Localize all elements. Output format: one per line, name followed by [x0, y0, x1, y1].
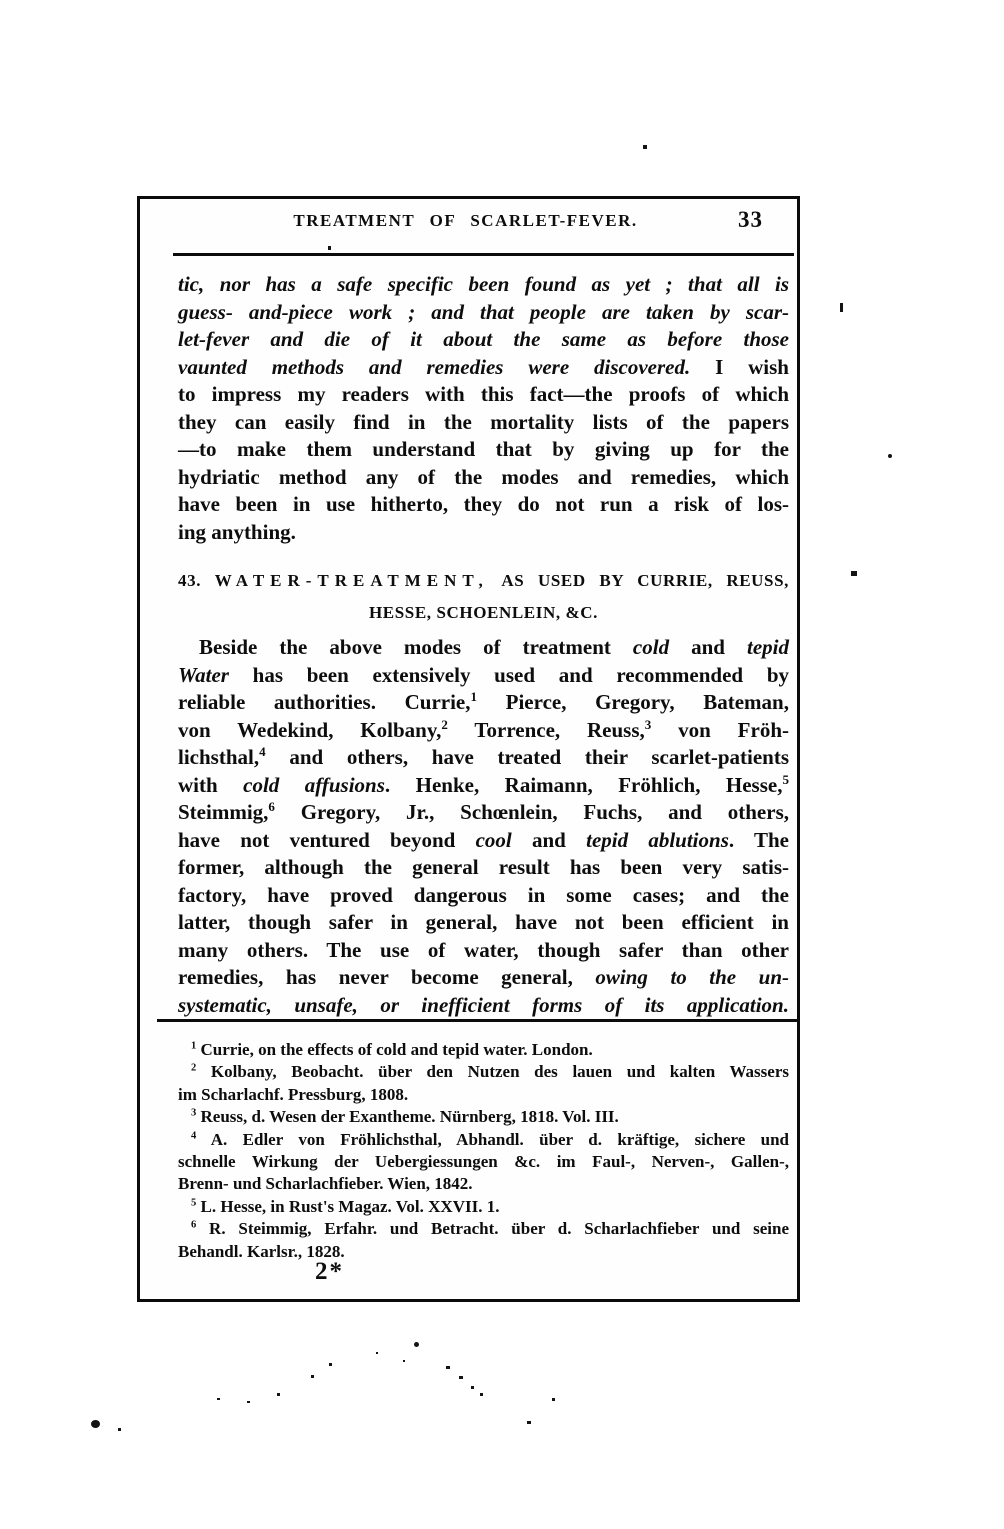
scan-speck	[480, 1393, 483, 1396]
italic-text: vaunted methods and remedies were discov…	[178, 355, 690, 379]
text-segment: has been extensively used and recommende…	[229, 663, 789, 687]
text-segment: . The	[729, 828, 789, 852]
text-line: remedies, has never become general, owin…	[178, 964, 789, 992]
text-segment: Steimmig,	[178, 800, 268, 824]
italic-text: cold	[633, 635, 669, 659]
text-segment: A. Edler von Fröhlichsthal, Abhandl. übe…	[196, 1130, 789, 1149]
text-segment: factory, have proved dangerous in some c…	[178, 883, 789, 907]
text-line: have been in use hitherto, they do not r…	[178, 491, 789, 519]
text-line: latter, though safer in general, have no…	[178, 909, 789, 937]
text-segment: 43.	[178, 571, 215, 590]
text-line: former, although the general result has …	[178, 854, 789, 882]
scan-speck	[840, 303, 843, 312]
text-segment: Brenn- und Scharlachfieber. Wien, 1842.	[178, 1174, 473, 1193]
text-segment: have been in use hitherto, they do not r…	[178, 492, 789, 516]
text-segment: HESSE, SCHOENLEIN, &C.	[369, 603, 598, 622]
text-line: factory, have proved dangerous in some c…	[178, 882, 789, 910]
text-segment: im Scharlachf. Pressburg, 1808.	[178, 1085, 408, 1104]
scan-speck	[888, 454, 892, 458]
text-segment: ing anything.	[178, 520, 296, 544]
text-line: lichsthal,4 and others, have treated the…	[178, 744, 789, 772]
text-line: ing anything.	[178, 519, 789, 547]
footnote-rule	[157, 1019, 797, 1022]
scan-speck	[459, 1376, 463, 1379]
text-segment: AS USED BY CURRIE, REUSS,	[489, 571, 789, 590]
text-line: 2 Kolbany, Beobacht. über den Nutzen des…	[178, 1061, 789, 1083]
text-line: Brenn- und Scharlachfieber. Wien, 1842.	[178, 1173, 789, 1195]
scan-speck	[247, 1401, 250, 1403]
scanned-page-background: { "colors": { "ink": "#0d0d0d", "paper":…	[0, 0, 1004, 1529]
text-segment: many others. The use of water, though sa…	[178, 938, 789, 962]
text-line: 43. WATER-TREATMENT, AS USED BY CURRIE, …	[178, 565, 789, 597]
scan-speck	[376, 1352, 378, 1354]
text-segment: schnelle Wirkung der Uebergiessungen &c.…	[178, 1152, 789, 1171]
text-line: 5 L. Hesse, in Rust's Magaz. Vol. XXVII.…	[178, 1196, 789, 1218]
text-line: with cold affusions. Henke, Raimann, Frö…	[178, 772, 789, 800]
scan-speck	[329, 1363, 332, 1366]
scan-speck	[446, 1366, 450, 1369]
text-line: —to make them understand that by giving …	[178, 436, 789, 464]
text-segment: Pierce, Gregory, Bateman,	[477, 690, 789, 714]
italic-text: systematic, unsafe, or inefficient forms…	[178, 993, 789, 1017]
text-line: Steimmig,6 Gregory, Jr., Schœnlein, Fuch…	[178, 799, 789, 827]
text-line: 1 Currie, on the effects of cold and tep…	[178, 1039, 789, 1061]
text-segment: R. Steimmig, Erfahr. und Betracht. über …	[196, 1219, 789, 1238]
text-segment: von Fröh-	[651, 718, 789, 742]
scan-speck	[311, 1375, 314, 1378]
italic-text: cold affusions	[243, 773, 385, 797]
text-line: they can easily find in the mortality li…	[178, 409, 789, 437]
text-segment: Reuss, d. Wesen der Exantheme. Nürnberg,…	[196, 1107, 619, 1126]
text-segment: and	[669, 635, 747, 659]
text-segment: latter, though safer in general, have no…	[178, 910, 789, 934]
scan-speck	[403, 1360, 405, 1362]
text-segment: I wish	[690, 355, 789, 379]
text-segment: have not ventured beyond	[178, 828, 476, 852]
text-line: reliable authorities. Currie,1 Pierce, G…	[178, 689, 789, 717]
text-segment: L. Hesse, in Rust's Magaz. Vol. XXVII. 1…	[196, 1197, 499, 1216]
text-line: Water has been extensively used and reco…	[178, 662, 789, 690]
text-segment: with	[178, 773, 243, 797]
text-line: Beside the above modes of treatment cold…	[178, 634, 789, 662]
running-header-title: TREATMENT OF SCARLET-FEVER.	[178, 211, 753, 231]
page-content: TREATMENT OF SCARLET-FEVER. 33 tic, nor …	[140, 199, 797, 1299]
text-segment: . Henke, Raimann, Fröhlich, Hesse,	[385, 773, 783, 797]
text-segment: remedies, has never become general,	[178, 965, 595, 989]
italic-text: guess- and-piece work ; and that people …	[178, 300, 789, 324]
scan-speck	[91, 1420, 100, 1428]
scan-speck	[471, 1386, 474, 1389]
text-line: 6 R. Steimmig, Erfahr. und Betracht. übe…	[178, 1218, 789, 1240]
text-line: Behandl. Karlsr., 1828.	[178, 1241, 789, 1263]
text-segment: to impress my readers with this fact—the…	[178, 382, 789, 406]
scan-speck	[217, 1398, 220, 1400]
text-segment: WATER-TREATMENT,	[215, 571, 489, 590]
text-line: 4 A. Edler von Fröhlichsthal, Abhandl. ü…	[178, 1129, 789, 1151]
footnote-marker: 5	[782, 772, 789, 787]
text-line: vaunted methods and remedies were discov…	[178, 354, 789, 382]
text-segment: and	[512, 828, 586, 852]
paragraph-continued: tic, nor has a safe specific been found …	[178, 271, 789, 546]
text-line: have not ventured beyond cool and tepid …	[178, 827, 789, 855]
scan-speck	[527, 1421, 531, 1424]
italic-text: let-fever and die of it about the same a…	[178, 327, 789, 351]
text-line: many others. The use of water, though sa…	[178, 937, 789, 965]
text-segment: lichsthal,	[178, 745, 259, 769]
section-heading: 43. WATER-TREATMENT, AS USED BY CURRIE, …	[178, 565, 789, 629]
text-line: hydriatic method any of the modes and re…	[178, 464, 789, 492]
paragraph-water-treatment: Beside the above modes of treatment cold…	[178, 634, 789, 1019]
scan-speck	[414, 1342, 419, 1347]
text-line: im Scharlachf. Pressburg, 1808.	[178, 1084, 789, 1106]
italic-text: cool	[476, 828, 512, 852]
text-segment: Beside the above modes of treatment	[199, 635, 633, 659]
text-segment: hydriatic method any of the modes and re…	[178, 465, 789, 489]
text-segment: and others, have treated their scarlet-p…	[266, 745, 789, 769]
printers-signature-mark: 2*	[315, 1258, 344, 1286]
text-line: schnelle Wirkung der Uebergiessungen &c.…	[178, 1151, 789, 1173]
text-line: 3 Reuss, d. Wesen der Exantheme. Nürnber…	[178, 1106, 789, 1128]
text-segment: Gregory, Jr., Schœnlein, Fuchs, and othe…	[275, 800, 789, 824]
italic-text: tic, nor has a safe specific been found …	[178, 272, 789, 296]
scan-speck	[851, 571, 857, 576]
text-segment: von Wedekind, Kolbany,	[178, 718, 441, 742]
text-line: systematic, unsafe, or inefficient forms…	[178, 992, 789, 1020]
text-segment: Torrence, Reuss,	[448, 718, 645, 742]
scan-speck	[328, 246, 331, 250]
footnotes-block: 1 Currie, on the effects of cold and tep…	[178, 1039, 789, 1263]
text-line: von Wedekind, Kolbany,2 Torrence, Reuss,…	[178, 717, 789, 745]
text-line: tic, nor has a safe specific been found …	[178, 271, 789, 299]
text-segment: —to make them understand that by giving …	[178, 437, 789, 461]
italic-text: tepid ablutions	[586, 828, 729, 852]
scan-speck	[118, 1428, 121, 1431]
page-number: 33	[738, 207, 763, 233]
text-line: let-fever and die of it about the same a…	[178, 326, 789, 354]
header-rule	[173, 253, 794, 256]
text-line: HESSE, SCHOENLEIN, &C.	[178, 597, 789, 629]
text-segment: reliable authorities. Currie,	[178, 690, 471, 714]
text-line: guess- and-piece work ; and that people …	[178, 299, 789, 327]
italic-text: Water	[178, 663, 229, 687]
scan-speck	[643, 145, 647, 149]
italic-text: owing to the un-	[595, 965, 789, 989]
text-segment: Currie, on the effects of cold and tepid…	[196, 1040, 593, 1059]
scan-speck	[277, 1393, 280, 1396]
text-segment: Kolbany, Beobacht. über den Nutzen des l…	[196, 1062, 789, 1081]
text-line: to impress my readers with this fact—the…	[178, 381, 789, 409]
text-segment: former, although the general result has …	[178, 855, 789, 879]
text-segment: they can easily find in the mortality li…	[178, 410, 789, 434]
italic-text: tepid	[747, 635, 789, 659]
page-frame: TREATMENT OF SCARLET-FEVER. 33 tic, nor …	[137, 196, 800, 1302]
scan-speck	[552, 1398, 555, 1401]
